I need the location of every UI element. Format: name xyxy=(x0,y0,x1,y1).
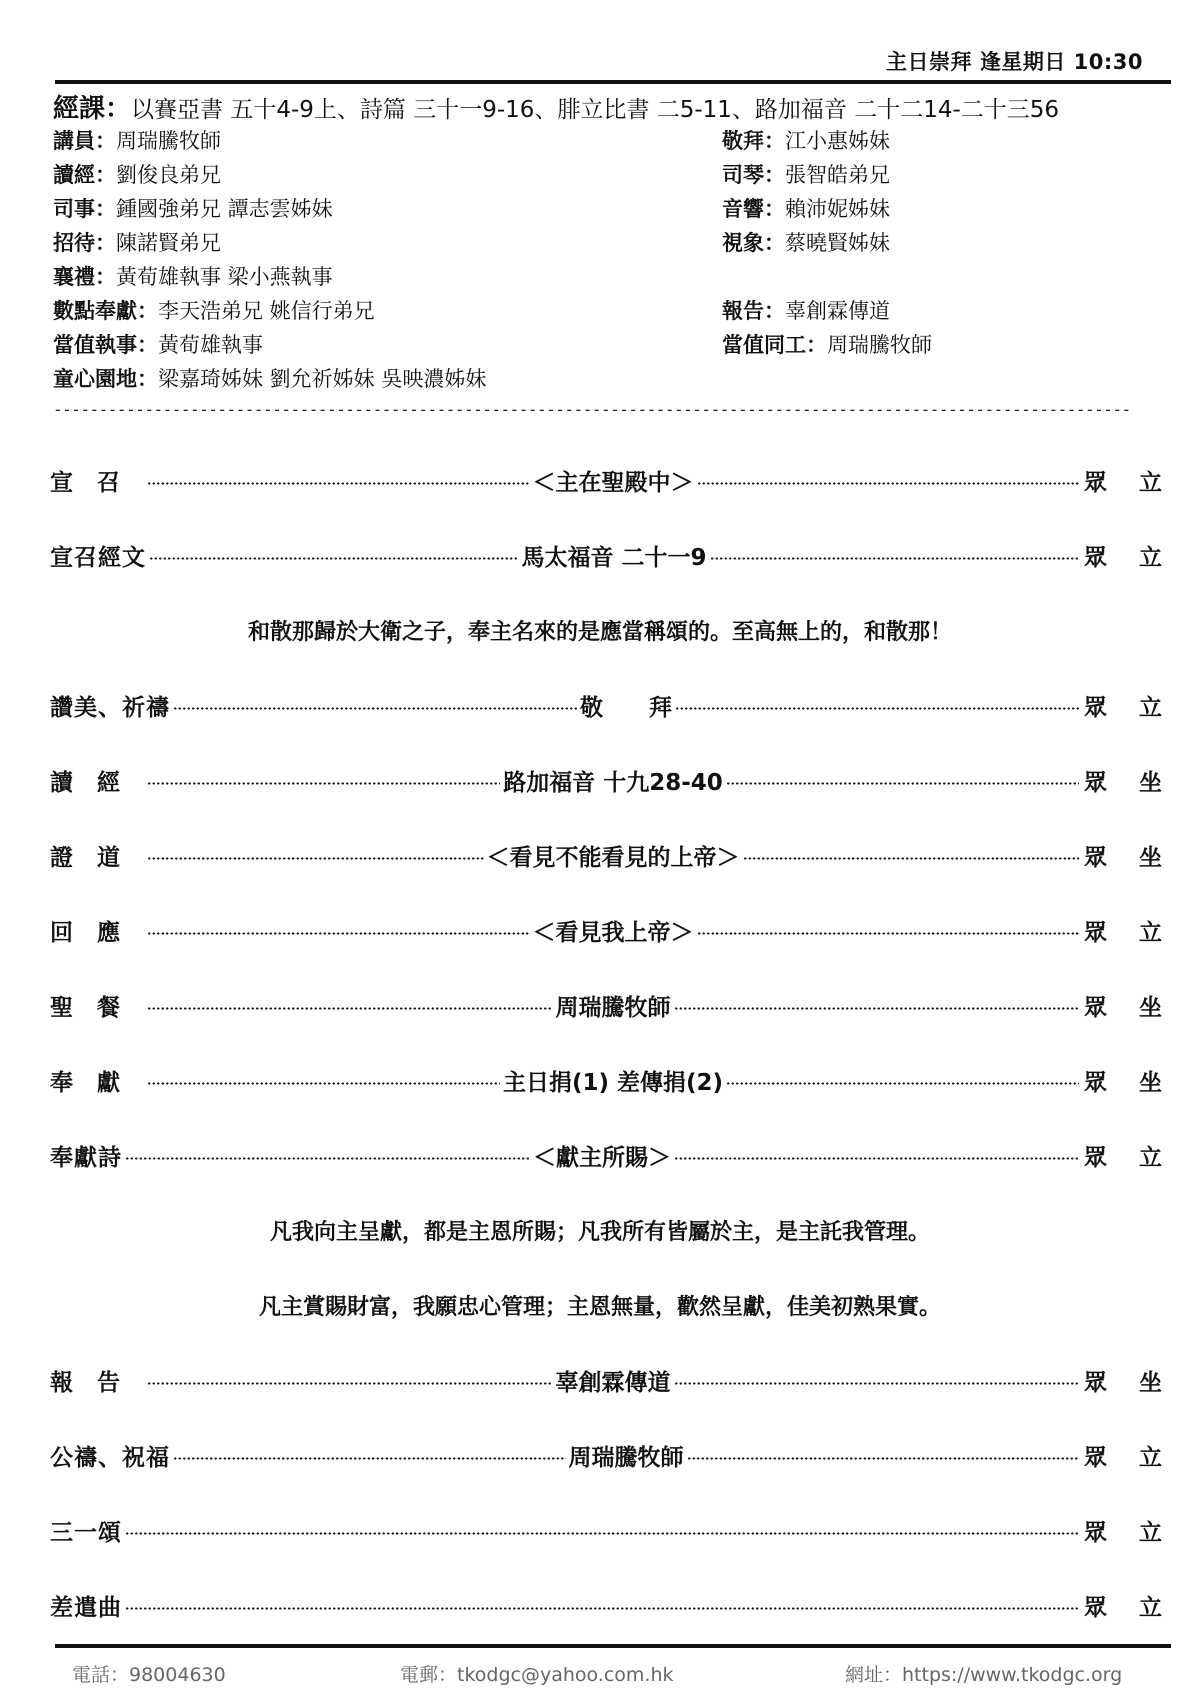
posture-congregation: 眾 xyxy=(1084,1064,1107,1097)
dot-leader xyxy=(674,1157,1079,1160)
order-communion: 聖餐 周瑞騰牧師 眾坐 xyxy=(50,985,1162,1025)
dot-leader xyxy=(147,782,500,785)
dot-leader xyxy=(743,857,1080,860)
order-announcements: 報告 辜創霖傳道 眾坐 xyxy=(50,1360,1162,1400)
order-item: 公禱、祝福 xyxy=(50,1439,170,1472)
staff-pianist: 司琴：張智皓弟兄 xyxy=(722,158,890,192)
staff-speaker: 講員：周瑞騰牧師 xyxy=(53,124,221,158)
top-rule xyxy=(55,80,1171,84)
dot-leader xyxy=(125,1532,1079,1535)
staff-worker-on-duty: 當值同工：周瑞騰牧師 xyxy=(722,328,932,362)
posture: 眾立 xyxy=(1084,1514,1162,1547)
staff-label: 當值執事： xyxy=(53,333,158,357)
staff-greeter: 招待：陳諾賢弟兄 xyxy=(53,226,221,260)
dot-leader xyxy=(675,707,1079,710)
dot-leader xyxy=(147,932,530,935)
order-prayer-benediction: 公禱、祝福 周瑞騰牧師 眾立 xyxy=(50,1435,1162,1475)
dot-leader xyxy=(147,857,484,860)
staff-label: 招待： xyxy=(53,231,116,255)
order-offering: 奉獻 主日捐(1) 差傳捐(2) 眾坐 xyxy=(50,1060,1162,1100)
staff-value: 張智皓弟兄 xyxy=(785,163,890,187)
footer-email[interactable]: 電郵：tkodgc@yahoo.com.hk xyxy=(400,1660,674,1687)
order-call-scripture: 宣召經文 馬太福音 二十一9 眾立 xyxy=(50,535,1162,575)
order-detail: 辜創霖傳道 xyxy=(556,1364,671,1397)
staff-label: 當值同工： xyxy=(722,333,827,357)
staff-sound: 音響：賴沛妮姊妹 xyxy=(722,192,890,226)
scripture-verse: 和散那歸於大衛之子，奉主名來的是應當稱頌的。至高無上的，和散那！ xyxy=(0,615,1200,646)
posture: 眾立 xyxy=(1084,1589,1162,1622)
posture-congregation: 眾 xyxy=(1084,1139,1107,1172)
order-call-to-worship: 宣召 ＜主在聖殿中＞ 眾立 xyxy=(50,460,1162,500)
posture-congregation: 眾 xyxy=(1084,764,1107,797)
dot-leader xyxy=(149,557,519,560)
order-item: 回應 xyxy=(50,914,144,947)
staff-label: 講員： xyxy=(53,129,116,153)
posture-congregation: 眾 xyxy=(1084,1514,1107,1547)
posture-congregation: 眾 xyxy=(1084,914,1107,947)
order-response: 回應 ＜看見我上帝＞ 眾立 xyxy=(50,910,1162,950)
staff-value: 黃荀雄執事 梁小燕執事 xyxy=(116,265,333,289)
offertory-lyric-1: 凡我向主呈獻，都是主恩所賜；凡我所有皆屬於主，是主託我管理。 xyxy=(0,1215,1200,1246)
posture-stand: 立 xyxy=(1139,914,1162,947)
order-detail: 主日捐(1) 差傳捐(2) xyxy=(503,1064,723,1097)
staff-label: 視象： xyxy=(722,231,785,255)
posture-stand: 立 xyxy=(1139,539,1162,572)
staff-label: 數點奉獻： xyxy=(53,299,158,323)
posture-stand: 立 xyxy=(1139,1514,1162,1547)
service-name: 主日崇拜 逢星期日 xyxy=(886,50,1066,74)
posture-sit: 坐 xyxy=(1139,1364,1162,1397)
staff-label: 童心園地： xyxy=(53,367,158,391)
footer-website[interactable]: 網址：https://www.tkodgc.org xyxy=(845,1660,1122,1687)
staff-value: 周瑞騰牧師 xyxy=(827,333,932,357)
order-detail: 路加福音 十九28-40 xyxy=(503,764,723,797)
order-item: 宣召經文 xyxy=(50,539,146,572)
order-detail: 馬太福音 二十一9 xyxy=(522,539,707,572)
service-title: 主日崇拜 逢星期日 10:30 xyxy=(886,46,1143,76)
dot-leader xyxy=(173,1457,566,1460)
lections-text: 以賽亞書 五十4-9上、詩篇 三十一9-16、腓立比書 二5-11、路加福音 二… xyxy=(131,97,1059,123)
staff-value: 鍾國強弟兄 譚志雲姊妹 xyxy=(116,197,333,221)
order-item: 讀經 xyxy=(50,764,144,797)
posture-congregation: 眾 xyxy=(1084,989,1107,1022)
service-time: 10:30 xyxy=(1074,50,1143,74)
offertory-lyric-2: 凡主賞賜財富，我願忠心管理；主恩無量，歡然呈獻，佳美初熟果實。 xyxy=(0,1290,1200,1321)
bottom-rule xyxy=(55,1644,1171,1648)
staff-value: 劉俊良弟兄 xyxy=(116,163,221,187)
staff-value: 辜創霖傳道 xyxy=(785,299,890,323)
staff-offering-count: 數點奉獻：李天浩弟兄 姚信行弟兄 xyxy=(53,294,375,328)
posture-congregation: 眾 xyxy=(1084,1439,1107,1472)
order-item: 奉獻 xyxy=(50,1064,144,1097)
dot-leader xyxy=(173,707,577,710)
staff-visual: 視象：蔡曉賢姊妹 xyxy=(722,226,890,260)
staff-value: 江小惠姊妹 xyxy=(785,129,890,153)
dot-leader xyxy=(687,1457,1080,1460)
posture-congregation: 眾 xyxy=(1084,464,1107,497)
dot-leader xyxy=(674,1007,1080,1010)
staff-label: 司事： xyxy=(53,197,116,221)
staff-label: 音響： xyxy=(722,197,785,221)
posture: 眾坐 xyxy=(1084,839,1162,872)
dot-leader xyxy=(726,782,1079,785)
posture: 眾坐 xyxy=(1084,1064,1162,1097)
staff-assistants: 襄禮：黃荀雄執事 梁小燕執事 xyxy=(53,260,333,294)
dot-leader xyxy=(125,1607,1079,1610)
footer-phone: 電話：98004630 xyxy=(72,1660,226,1687)
staff-value: 周瑞騰牧師 xyxy=(116,129,221,153)
staff-label: 報告： xyxy=(722,299,785,323)
order-item: 宣召 xyxy=(50,464,144,497)
staff-label: 襄禮： xyxy=(53,265,116,289)
posture-sit: 坐 xyxy=(1139,839,1162,872)
order-detail: 周瑞騰牧師 xyxy=(556,989,671,1022)
posture: 眾坐 xyxy=(1084,764,1162,797)
order-detail: ＜獻主所賜＞ xyxy=(533,1139,671,1172)
dot-leader xyxy=(697,482,1080,485)
staff-ushers: 司事：鍾國強弟兄 譚志雲姊妹 xyxy=(53,192,333,226)
posture-stand: 立 xyxy=(1139,689,1162,722)
staff-label: 司琴： xyxy=(722,163,785,187)
dot-leader xyxy=(147,1007,553,1010)
dashed-divider: ----------------------------------------… xyxy=(53,400,1133,419)
order-item: 差遣曲 xyxy=(50,1589,122,1622)
posture: 眾立 xyxy=(1084,1139,1162,1172)
staff-value: 蔡曉賢姊妹 xyxy=(785,231,890,255)
order-detail: 敬 拜 xyxy=(580,689,672,722)
staff-value: 賴沛妮姊妹 xyxy=(785,197,890,221)
staff-value: 陳諾賢弟兄 xyxy=(116,231,221,255)
staff-value: 黃荀雄執事 xyxy=(158,333,263,357)
posture-stand: 立 xyxy=(1139,464,1162,497)
order-item: 證道 xyxy=(50,839,144,872)
posture-stand: 立 xyxy=(1139,1589,1162,1622)
order-detail: ＜看見我上帝＞ xyxy=(533,914,694,947)
dot-leader xyxy=(147,482,530,485)
order-offertory-hymn: 奉獻詩 ＜獻主所賜＞ 眾立 xyxy=(50,1135,1162,1175)
order-item: 三一頌 xyxy=(50,1514,122,1547)
posture-congregation: 眾 xyxy=(1084,539,1107,572)
order-doxology: 三一頌 眾立 xyxy=(50,1510,1162,1550)
posture: 眾立 xyxy=(1084,464,1162,497)
posture-congregation: 眾 xyxy=(1084,839,1107,872)
staff-announcements: 報告：辜創霖傳道 xyxy=(722,294,890,328)
dot-leader xyxy=(125,1157,530,1160)
posture-stand: 立 xyxy=(1139,1139,1162,1172)
dot-leader xyxy=(726,1082,1079,1085)
staff-deacon-on-duty: 當值執事：黃荀雄執事 xyxy=(53,328,263,362)
order-detail: 周瑞騰牧師 xyxy=(569,1439,684,1472)
staff-value: 李天浩弟兄 姚信行弟兄 xyxy=(158,299,375,323)
posture: 眾立 xyxy=(1084,689,1162,722)
order-detail: ＜主在聖殿中＞ xyxy=(533,464,694,497)
staff-label: 敬拜： xyxy=(722,129,785,153)
dot-leader xyxy=(147,1082,500,1085)
order-item: 聖餐 xyxy=(50,989,144,1022)
posture-sit: 坐 xyxy=(1139,989,1162,1022)
staff-worship: 敬拜：江小惠姊妹 xyxy=(722,124,890,158)
order-item: 讚美、祈禱 xyxy=(50,689,170,722)
posture-congregation: 眾 xyxy=(1084,1589,1107,1622)
posture: 眾立 xyxy=(1084,914,1162,947)
order-detail: ＜看見不能看見的上帝＞ xyxy=(487,839,740,872)
order-item: 奉獻詩 xyxy=(50,1139,122,1172)
staff-label: 讀經： xyxy=(53,163,116,187)
lections-line: 經課：以賽亞書 五十4-9上、詩篇 三十一9-16、腓立比書 二5-11、路加福… xyxy=(53,88,1059,125)
staff-reader: 讀經：劉俊良弟兄 xyxy=(53,158,221,192)
staff-children: 童心園地：梁嘉琦姊妹 劉允祈姊妹 吳映濃姊妹 xyxy=(53,362,486,396)
posture-congregation: 眾 xyxy=(1084,689,1107,722)
dot-leader xyxy=(710,557,1080,560)
posture: 眾立 xyxy=(1084,1439,1162,1472)
order-sending-hymn: 差遣曲 眾立 xyxy=(50,1585,1162,1625)
order-item: 報告 xyxy=(50,1364,144,1397)
order-praise-prayer: 讚美、祈禱 敬 拜 眾立 xyxy=(50,685,1162,725)
posture-congregation: 眾 xyxy=(1084,1364,1107,1397)
posture: 眾立 xyxy=(1084,539,1162,572)
staff-value: 梁嘉琦姊妹 劉允祈姊妹 吳映濃姊妹 xyxy=(158,367,486,391)
lections-label: 經課： xyxy=(53,94,131,124)
posture-sit: 坐 xyxy=(1139,1064,1162,1097)
order-scripture-reading: 讀經 路加福音 十九28-40 眾坐 xyxy=(50,760,1162,800)
posture-sit: 坐 xyxy=(1139,764,1162,797)
posture-stand: 立 xyxy=(1139,1439,1162,1472)
posture: 眾坐 xyxy=(1084,1364,1162,1397)
order-sermon: 證道 ＜看見不能看見的上帝＞ 眾坐 xyxy=(50,835,1162,875)
posture: 眾坐 xyxy=(1084,989,1162,1022)
dot-leader xyxy=(147,1382,553,1385)
dot-leader xyxy=(674,1382,1080,1385)
dot-leader xyxy=(697,932,1080,935)
